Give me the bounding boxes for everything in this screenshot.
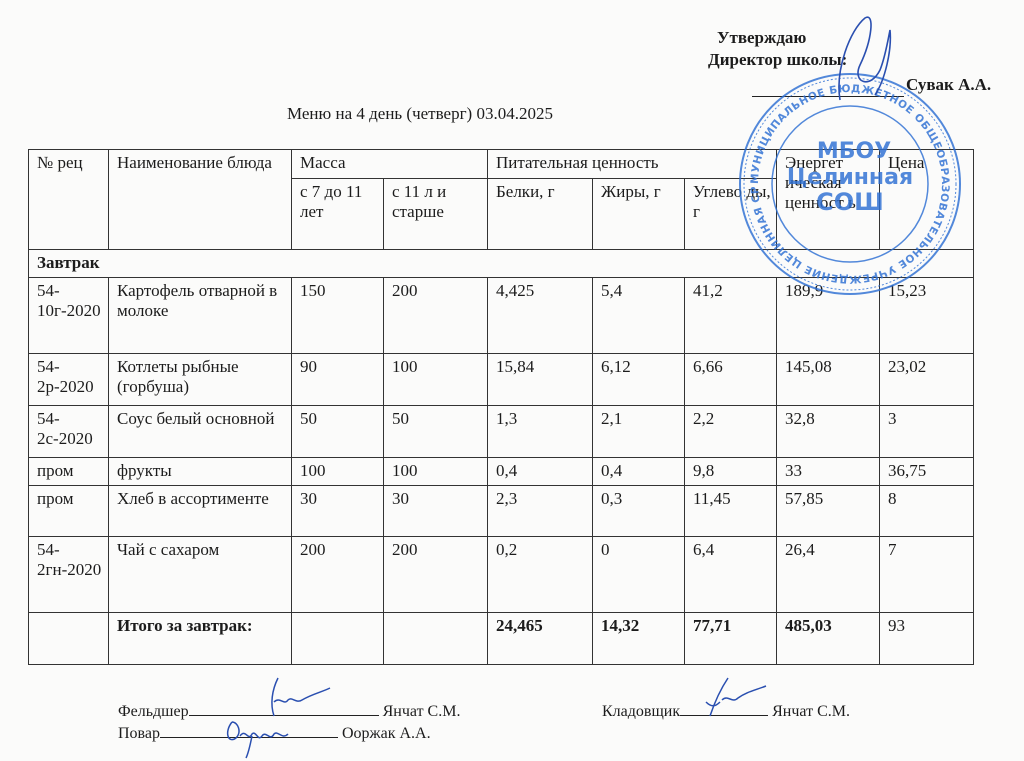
total-mass-11-plus-empty xyxy=(384,613,488,665)
header-row: № рец Наименование блюда Масса Питательн… xyxy=(29,150,974,179)
approval-heading: Утверждаю xyxy=(717,28,806,48)
mass-11-plus: 200 xyxy=(384,537,488,613)
section-row: Завтрак xyxy=(29,250,974,278)
table-row: 54-10г-2020 Картофель отварной в молоке … xyxy=(29,278,974,354)
medic-sign-blank xyxy=(189,701,379,716)
price: 23,02 xyxy=(880,354,974,406)
cook-signature-line: Повар Ооржак А.А. xyxy=(118,723,431,743)
mass-7-11: 150 xyxy=(292,278,384,354)
dish-name: Котлеты рыбные (горбуша) xyxy=(109,354,292,406)
mass-7-11: 30 xyxy=(292,486,384,537)
approval-position: Директор школы: xyxy=(708,50,847,70)
carbs: 6,66 xyxy=(685,354,777,406)
recipe-no: пром xyxy=(29,486,109,537)
total-row: Итого за завтрак: 24,465 14,32 77,71 485… xyxy=(29,613,974,665)
dish-name: фрукты xyxy=(109,458,292,486)
storekeeper-sign-blank xyxy=(680,701,768,716)
proteins: 4,425 xyxy=(488,278,593,354)
page-title: Меню на 4 день (четверг) 03.04.2025 xyxy=(287,104,553,124)
header-proteins: Белки, г xyxy=(488,179,593,250)
price: 7 xyxy=(880,537,974,613)
header-price: Цена xyxy=(880,150,974,250)
medic-role: Фельдшер xyxy=(118,703,189,720)
energy: 189,9 xyxy=(777,278,880,354)
medic-signature-line: Фельдшер Янчат С.М. xyxy=(118,701,460,721)
medic-name: Янчат С.М. xyxy=(383,703,461,720)
total-proteins: 24,465 xyxy=(488,613,593,665)
table-row: пром Хлеб в ассортименте 30 30 2,3 0,3 1… xyxy=(29,486,974,537)
carbs: 6,4 xyxy=(685,537,777,613)
proteins: 0,4 xyxy=(488,458,593,486)
total-label: Итого за завтрак: xyxy=(109,613,292,665)
storekeeper-name: Янчат С.М. xyxy=(772,703,850,720)
section-breakfast: Завтрак xyxy=(29,250,974,278)
dish-name: Соус белый основной xyxy=(109,406,292,458)
table-row: 54-2гн-2020 Чай с сахаром 200 200 0,2 0 … xyxy=(29,537,974,613)
fats: 0,3 xyxy=(593,486,685,537)
mass-7-11: 100 xyxy=(292,458,384,486)
fats: 5,4 xyxy=(593,278,685,354)
proteins: 1,3 xyxy=(488,406,593,458)
header-dish-name: Наименование блюда xyxy=(109,150,292,250)
mass-11-plus: 50 xyxy=(384,406,488,458)
header-mass-11-plus: с 11 л и старше xyxy=(384,179,488,250)
price: 15,23 xyxy=(880,278,974,354)
recipe-no: 54-10г-2020 xyxy=(29,278,109,354)
dish-name: Картофель отварной в молоке xyxy=(109,278,292,354)
mass-11-plus: 100 xyxy=(384,458,488,486)
menu-table: № рец Наименование блюда Масса Питательн… xyxy=(28,149,974,665)
total-fats: 14,32 xyxy=(593,613,685,665)
mass-11-plus: 200 xyxy=(384,278,488,354)
recipe-no: 54-2р-2020 xyxy=(29,354,109,406)
table-row: 54-2с-2020 Соус белый основной 50 50 1,3… xyxy=(29,406,974,458)
header-energy: Энергет ическая ценност ь xyxy=(777,150,880,250)
mass-11-plus: 100 xyxy=(384,354,488,406)
header-recipe-no: № рец xyxy=(29,150,109,250)
fats: 0,4 xyxy=(593,458,685,486)
recipe-no: 54-2с-2020 xyxy=(29,406,109,458)
carbs: 41,2 xyxy=(685,278,777,354)
energy: 145,08 xyxy=(777,354,880,406)
header-nutrition: Питательная ценность xyxy=(488,150,777,179)
recipe-no: 54-2гн-2020 xyxy=(29,537,109,613)
price: 36,75 xyxy=(880,458,974,486)
header-fats: Жиры, г xyxy=(593,179,685,250)
total-carbs: 77,71 xyxy=(685,613,777,665)
mass-11-plus: 30 xyxy=(384,486,488,537)
fats: 0 xyxy=(593,537,685,613)
mass-7-11: 50 xyxy=(292,406,384,458)
dish-name: Чай с сахаром xyxy=(109,537,292,613)
cook-role: Повар xyxy=(118,725,160,742)
cook-sign-blank xyxy=(160,723,338,738)
carbs: 9,8 xyxy=(685,458,777,486)
storekeeper-role: Кладовщик xyxy=(602,703,680,720)
approval-name: Сувак А.А. xyxy=(906,75,991,95)
total-mass-7-11-empty xyxy=(292,613,384,665)
fats: 2,1 xyxy=(593,406,685,458)
cook-name: Ооржак А.А. xyxy=(342,725,431,742)
energy: 33 xyxy=(777,458,880,486)
table-row: пром фрукты 100 100 0,4 0,4 9,8 33 36,75 xyxy=(29,458,974,486)
table-row: 54-2р-2020 Котлеты рыбные (горбуша) 90 1… xyxy=(29,354,974,406)
price: 8 xyxy=(880,486,974,537)
total-recipe-empty xyxy=(29,613,109,665)
energy: 57,85 xyxy=(777,486,880,537)
header-carbs: Углево ды, г xyxy=(685,179,777,250)
header-mass: Масса xyxy=(292,150,488,179)
total-price: 93 xyxy=(880,613,974,665)
approval-signature-line xyxy=(752,96,904,97)
mass-7-11: 90 xyxy=(292,354,384,406)
carbs: 11,45 xyxy=(685,486,777,537)
proteins: 2,3 xyxy=(488,486,593,537)
energy: 32,8 xyxy=(777,406,880,458)
fats: 6,12 xyxy=(593,354,685,406)
proteins: 15,84 xyxy=(488,354,593,406)
proteins: 0,2 xyxy=(488,537,593,613)
dish-name: Хлеб в ассортименте xyxy=(109,486,292,537)
energy: 26,4 xyxy=(777,537,880,613)
total-energy: 485,03 xyxy=(777,613,880,665)
carbs: 2,2 xyxy=(685,406,777,458)
mass-7-11: 200 xyxy=(292,537,384,613)
storekeeper-signature-line: Кладовщик Янчат С.М. xyxy=(602,701,850,721)
price: 3 xyxy=(880,406,974,458)
recipe-no: пром xyxy=(29,458,109,486)
header-mass-7-11: с 7 до 11 лет xyxy=(292,179,384,250)
